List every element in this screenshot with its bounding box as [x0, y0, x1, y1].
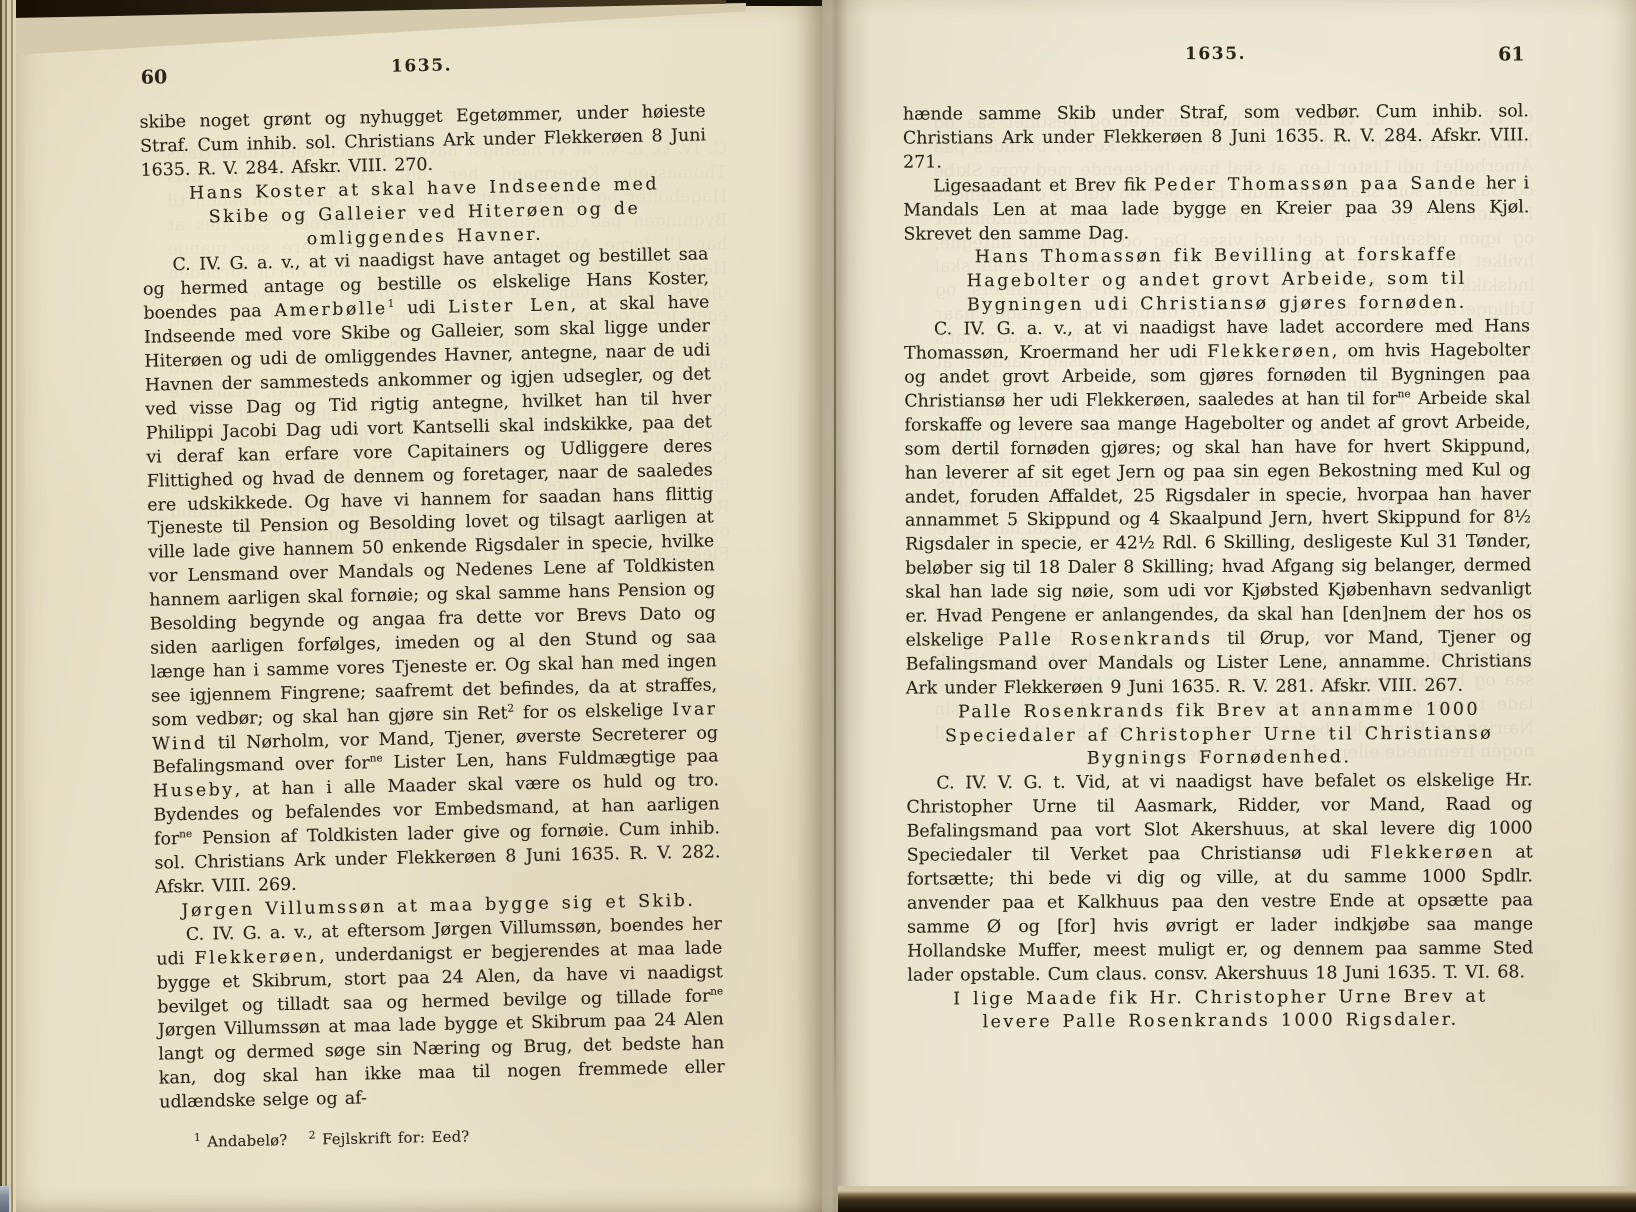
page-60-content: 60 1635. skibe noget grønt og nyhugget E…	[138, 50, 726, 1155]
text-column: hænde samme Skib under Straf, som vedbør…	[903, 100, 1534, 1036]
page-number: 61	[1498, 43, 1525, 65]
gutter-line	[834, 86, 836, 1094]
page-number: 60	[141, 66, 168, 89]
section-heading: I lige Maade fik Hr. Christopher Urne Br…	[907, 985, 1533, 1036]
book-scan: C. IV. G. a. v., at vi naadigst have ant…	[0, 0, 1636, 1212]
paragraph: C. IV. G. a. v., at vi naadigst have ant…	[142, 244, 721, 901]
paragraph: Ligesaadant et Brev fik Peder Thomassøn …	[903, 172, 1529, 247]
paragraph: hænde samme Skib under Straf, som vedbør…	[903, 100, 1529, 175]
paragraph: skibe noget grønt og nyhugget Egetømmer,…	[139, 100, 706, 183]
section-heading: Palle Rosenkrands fik Brev at annamme 10…	[906, 698, 1532, 773]
spine-corner-tab	[0, 1186, 9, 1212]
page-61-content: 1635. 61 hænde samme Skib under Straf, s…	[902, 42, 1533, 1036]
paragraph: C. IV. G. a. v., at vi naadigst have lad…	[904, 316, 1532, 702]
page-header: 1635. 61	[902, 42, 1528, 71]
section-heading: Hans Koster at skal have Indseende med S…	[141, 172, 708, 255]
section-heading: Hans Thomassøn fik Bevilling at forskaff…	[904, 244, 1530, 319]
running-head: 1635.	[902, 42, 1528, 65]
page-block-edge	[0, 0, 16, 1212]
book-bottom-edge	[838, 1186, 1636, 1212]
text-column: skibe noget grønt og nyhugget Egetømmer,…	[139, 100, 726, 1155]
paragraph: C. IV. V. G. t. Vid, at vi naadigst have…	[906, 770, 1533, 988]
paragraph: C. IV. G. a. v., at eftersom Jørgen Vill…	[156, 913, 726, 1116]
